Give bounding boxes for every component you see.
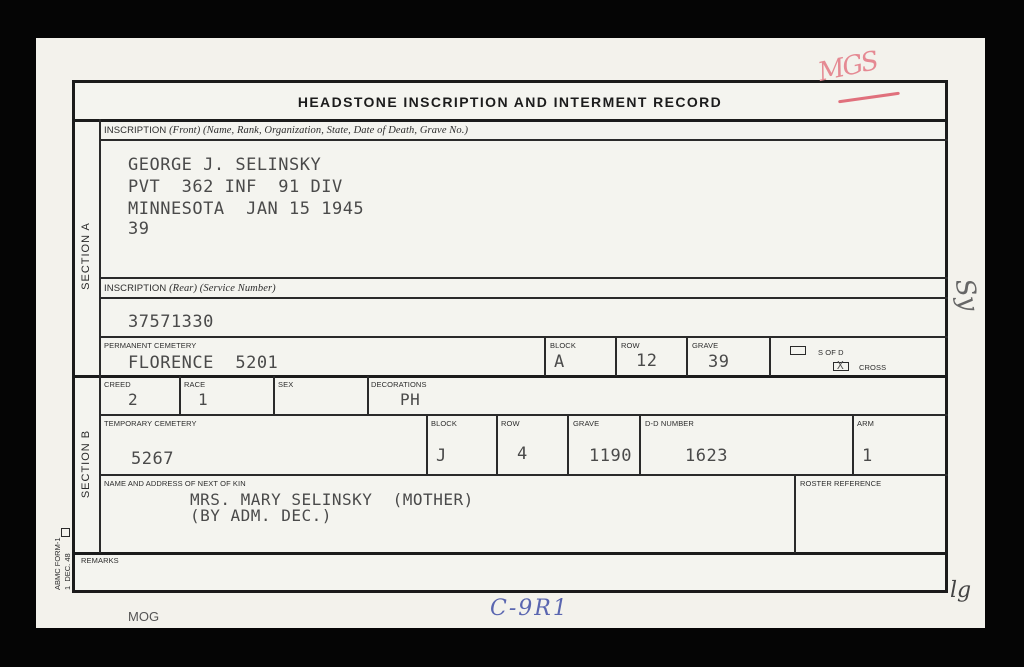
next-of-kin-label: NAME AND ADDRESS OF NEXT OF KIN [104, 479, 246, 488]
divider [769, 337, 771, 376]
section-b-label: SECTION B [80, 422, 92, 506]
divider [544, 337, 546, 376]
permanent-row-value: 12 [636, 351, 657, 371]
divider [100, 474, 948, 476]
temporary-block-label: BLOCK [431, 419, 457, 428]
form-number: ABMC FORM-1 1 DEC. 48 [53, 538, 73, 591]
cross-label: CROSS [859, 363, 886, 372]
creed-label: CREED [104, 380, 131, 389]
temporary-cemetery-label: TEMPORARY CEMETERY [104, 419, 197, 428]
temporary-row-value: 4 [517, 444, 528, 464]
temporary-block-value: J [436, 446, 447, 466]
check-x-icon: X [837, 359, 844, 372]
divider [686, 337, 688, 376]
divider [72, 375, 948, 378]
permanent-grave-value: 39 [708, 352, 729, 372]
inscription-rear-label: INSCRIPTION (Rear) (Service Number) [104, 283, 276, 294]
next-of-kin-line-2: (BY ADM. DEC.) [190, 506, 332, 526]
section-column-divider [99, 119, 101, 553]
divider [615, 337, 617, 376]
form-title: HEADSTONE INSCRIPTION AND INTERMENT RECO… [72, 80, 948, 120]
decorations-label: DECORATIONS [371, 380, 427, 389]
divider [100, 277, 948, 279]
dd-number-label: D-D NUMBER [645, 419, 694, 428]
label-main: INSCRIPTION [104, 283, 169, 294]
divider [273, 376, 275, 415]
corner-initials: lg [950, 578, 971, 603]
inscription-front-line-4: 39 [128, 219, 149, 239]
race-value: 1 [198, 390, 208, 410]
margin-initials: Sy [949, 276, 984, 313]
permanent-row-label: ROW [621, 341, 640, 350]
permanent-cemetery-label: PERMANENT CEMETERY [104, 341, 196, 350]
sex-label: SEX [278, 380, 293, 389]
temporary-grave-label: GRAVE [573, 419, 599, 428]
s-of-d-label: S OF D [818, 348, 844, 357]
divider [100, 336, 948, 338]
decorations-value: PH [400, 390, 420, 410]
permanent-grave-label: GRAVE [692, 341, 718, 350]
divider [794, 475, 796, 553]
label-detail: (Rear) (Service Number) [169, 283, 276, 294]
roster-reference-label: ROSTER REFERENCE [800, 479, 881, 488]
divider [72, 552, 948, 555]
divider [852, 415, 854, 475]
inscription-front-line-1: GEORGE J. SELINSKY [128, 155, 321, 175]
arm-label: ARM [857, 419, 874, 428]
inscription-front-line-2: PVT 362 INF 91 DIV [128, 177, 343, 197]
divider [567, 415, 569, 475]
divider [367, 376, 369, 415]
section-a-label: SECTION A [80, 214, 92, 298]
temporary-cemetery-value: 5267 [131, 449, 174, 469]
divider [100, 139, 948, 141]
s-of-d-checkbox[interactable] [790, 346, 806, 355]
form-number-line1: ABMC FORM-1 [53, 538, 62, 591]
divider [639, 415, 641, 475]
remarks-label: REMARKS [81, 556, 119, 565]
label-main: INSCRIPTION [104, 125, 169, 136]
divider [179, 376, 181, 415]
divider [72, 119, 948, 122]
divider [100, 414, 948, 416]
permanent-block-label: BLOCK [550, 341, 576, 350]
dd-number-value: 1623 [685, 446, 728, 466]
form-number-line2: 1 DEC. 48 [63, 553, 72, 590]
arm-value: 1 [862, 446, 873, 466]
label-detail: (Front) (Name, Rank, Organization, State… [169, 125, 468, 136]
permanent-block-value: A [554, 352, 565, 372]
race-label: RACE [184, 380, 205, 389]
divider [100, 297, 948, 299]
inscription-front-line-3: MINNESOTA JAN 15 1945 [128, 199, 364, 219]
service-number: 37571330 [128, 312, 214, 332]
form-corner-checkbox [61, 528, 70, 537]
inscription-front-label: INSCRIPTION (Front) (Name, Rank, Organiz… [104, 125, 468, 136]
pencil-note: C-9R1 [490, 596, 569, 621]
temporary-row-label: ROW [501, 419, 520, 428]
temporary-grave-value: 1190 [589, 446, 632, 466]
bottom-stamp: MOG [128, 609, 159, 624]
permanent-cemetery-value: FLORENCE 5201 [128, 353, 278, 373]
creed-value: 2 [128, 390, 138, 410]
divider [496, 415, 498, 475]
divider [426, 415, 428, 475]
